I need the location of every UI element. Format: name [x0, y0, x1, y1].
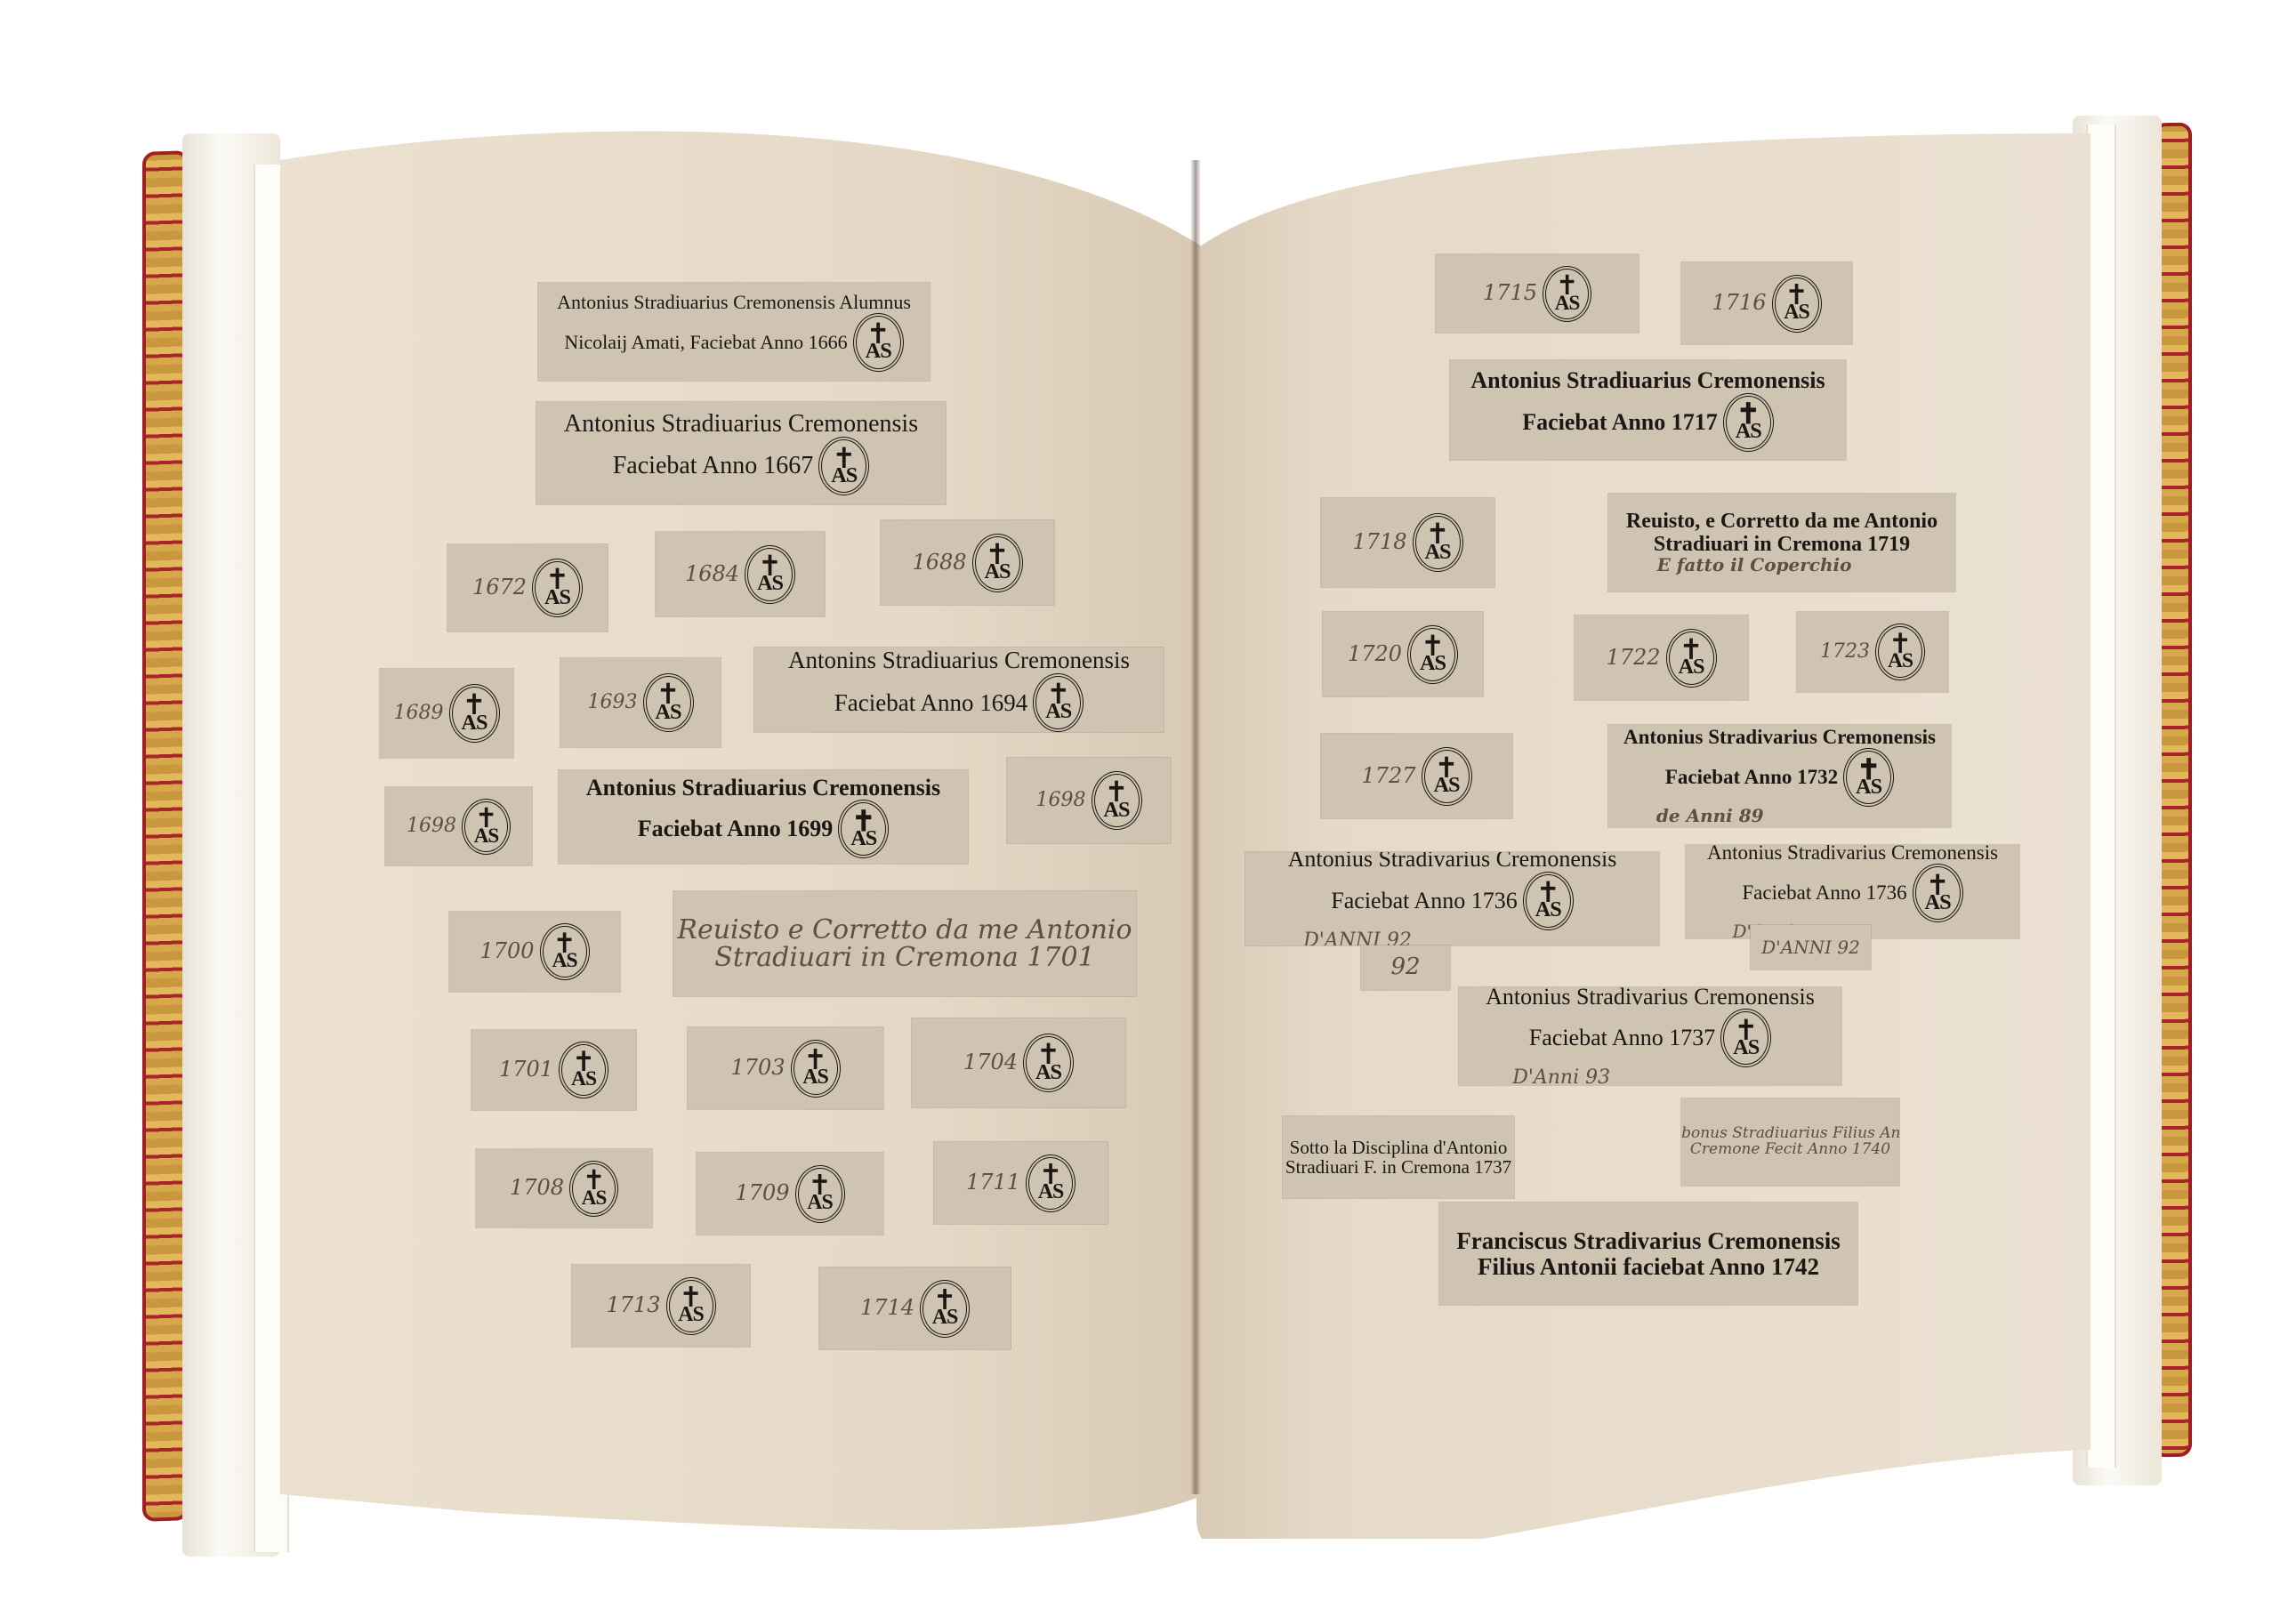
violin-label-l1701h: Reuisto e Corretto da me AntonioStradiua…	[673, 891, 1136, 996]
label-text-line: Faciebat Anno 1736	[1742, 882, 1906, 904]
stradivari-seal-icon	[972, 534, 1023, 592]
label-year: 1718	[1352, 531, 1406, 553]
violin-label-l1693: 1693	[560, 658, 721, 747]
violin-label-r1722: 1722	[1575, 615, 1748, 700]
stradivari-seal-icon	[462, 799, 511, 855]
violin-label-l1704: 1704	[912, 1018, 1125, 1107]
violin-label-r1740: Omobonus Stradiuarius Filius AntonijCrem…	[1681, 1098, 1899, 1186]
label-year: 1711	[966, 1171, 1020, 1194]
violin-label-l1711: 1711	[934, 1142, 1108, 1224]
stradivari-seal-icon	[1843, 748, 1894, 807]
stradivari-seal-icon	[643, 673, 694, 732]
stradivari-seal-icon	[1422, 747, 1472, 806]
label-year: 1727	[1361, 765, 1415, 787]
label-handwritten-note: D'Anni 93	[1512, 1067, 1610, 1085]
label-year: 1722	[1606, 647, 1660, 669]
stradivari-seal-icon	[1413, 513, 1463, 572]
label-year: 1716	[1712, 292, 1766, 314]
label-text-line: Antonius Stradivarius Cremonensis	[1486, 987, 1815, 1009]
stradivari-seal-icon	[791, 1040, 841, 1098]
stradivari-seal-icon	[1720, 1009, 1771, 1067]
label-text-line: Faciebat Anno 1667	[613, 453, 814, 479]
label-year: 1698	[407, 816, 456, 836]
stradivari-seal-icon	[818, 437, 869, 495]
label-text-line: Reuisto, e Corretto da me Antonio	[1626, 511, 1938, 533]
stradivari-seal-icon	[1666, 629, 1717, 688]
label-text-line: Sotto la Disciplina d'Antonio	[1290, 1138, 1508, 1157]
label-text-line: Antonius Stradiuarius Cremonensis Alumnu…	[557, 292, 911, 312]
book-gutter	[1190, 160, 1201, 1494]
violin-label-l1700: 1700	[449, 912, 620, 992]
stradivari-seal-icon	[838, 800, 889, 858]
label-year: 1708	[510, 1177, 564, 1199]
violin-label-r1736a_tab: 92	[1361, 945, 1450, 990]
violin-label-r1715: 1715	[1436, 254, 1639, 333]
violin-label-r1737s: Sotto la Disciplina d'AntonioStradiuari …	[1283, 1116, 1514, 1198]
label-text-line: D'ANNI 92	[1761, 938, 1860, 957]
violin-label-l1713: 1713	[572, 1265, 750, 1347]
label-text-line: Nicolaij Amati, Faciebat Anno 1666	[564, 332, 847, 352]
label-year: 1698	[1036, 790, 1086, 810]
stradivari-seal-icon	[449, 684, 500, 743]
label-text-line: Faciebat Anno 1717	[1522, 410, 1718, 434]
label-text-line: Antonius Stradiuarius Cremonensis	[586, 776, 940, 800]
label-handwritten-note: de Anni 89	[1656, 807, 1764, 825]
stradivari-seal-icon	[1092, 771, 1142, 830]
stradivari-seal-icon	[540, 923, 590, 980]
label-year: 1700	[479, 940, 534, 962]
label-text-line: Filius Antonii faciebat Anno 1742	[1478, 1254, 1819, 1279]
stradivari-seal-icon	[569, 1161, 618, 1217]
stradivari-seal-icon	[1407, 625, 1458, 684]
label-year: 1689	[394, 703, 444, 723]
violin-label-r1736a: Antonius Stradivarius CremonensisFacieba…	[1245, 852, 1659, 945]
label-year: 1709	[735, 1182, 789, 1204]
label-text-line: Faciebat Anno 1732	[1665, 767, 1838, 788]
stradivari-seal-icon	[1023, 1034, 1074, 1092]
violin-label-l1688: 1688	[881, 520, 1054, 605]
label-text-line: Reuisto e Corretto da me Antonio	[677, 916, 1132, 945]
label-year: 1701	[499, 1058, 553, 1081]
label-text-line: Faciebat Anno 1699	[638, 817, 834, 841]
label-text-line: Faciebat Anno 1694	[834, 690, 1027, 715]
stradivari-seal-icon	[920, 1280, 970, 1338]
label-handwritten-note: E fatto il Coperchio	[1657, 556, 1852, 575]
label-text-line: 92	[1390, 955, 1420, 979]
stradivari-seal-icon	[1523, 872, 1574, 930]
label-text-line: Stradiuari in Cremona 1719	[1654, 534, 1910, 556]
stradivari-seal-icon	[559, 1042, 608, 1098]
stradivari-seal-icon	[1875, 624, 1925, 680]
violin-label-r1716: 1716	[1681, 262, 1852, 344]
label-year: 1693	[588, 692, 638, 712]
label-text-line: Antonius Stradiuarius Cremonensis	[1470, 368, 1825, 392]
violin-label-r1736b_tab: D'ANNI 92	[1751, 925, 1871, 969]
violin-label-l1701: 1701	[471, 1030, 636, 1110]
label-year: 1704	[963, 1051, 1018, 1074]
violin-label-l1666: Antonius Stradiuarius Cremonensis Alumnu…	[538, 283, 930, 381]
label-text-line: Stradiuari in Cremona 1701	[714, 944, 1094, 972]
label-text-line: Franciscus Stradivarius Cremonensis	[1456, 1228, 1841, 1253]
violin-label-l1689: 1689	[380, 669, 513, 758]
label-text-line: Stradiuari F. in Cremona 1737	[1285, 1157, 1511, 1177]
stradivari-seal-icon	[1772, 275, 1822, 333]
open-book-photo: Antonius Stradiuarius Cremonensis Alumnu…	[0, 0, 2296, 1601]
label-text-line: Cremone Fecit Anno 1740	[1690, 1142, 1890, 1158]
stradivari-seal-icon	[532, 559, 583, 617]
label-year: 1715	[1483, 282, 1537, 304]
label-text-line: Antonius Stradivarius Cremonensis	[1623, 727, 1936, 748]
label-year: 1672	[472, 576, 527, 599]
stradivari-seal-icon	[853, 313, 904, 372]
stradivari-seal-icon	[795, 1165, 845, 1223]
stradivari-seal-icon	[1033, 673, 1084, 732]
label-year: 1684	[685, 563, 739, 585]
violin-label-l1698b: 1698	[1007, 758, 1171, 843]
stradivari-seal-icon	[666, 1277, 716, 1335]
violin-label-r1720: 1720	[1323, 612, 1483, 696]
label-year: 1713	[606, 1294, 660, 1316]
violin-label-l1667: Antonius Stradiuarius CremonensisFacieba…	[536, 402, 946, 504]
label-year: 1688	[912, 551, 966, 574]
label-text-line: Faciebat Anno 1736	[1331, 889, 1517, 913]
violin-label-l1672: 1672	[447, 544, 608, 632]
label-text-line: Antonius Stradiuarius Cremonensis	[564, 411, 918, 437]
label-year: 1714	[860, 1297, 914, 1319]
violin-label-r1727: 1727	[1321, 734, 1512, 818]
violin-label-r1723: 1723	[1797, 612, 1948, 692]
violin-label-l1694: Antonins Stradiuarius CremonensisFacieba…	[754, 648, 1164, 732]
violin-label-l1699: Antonius Stradiuarius CremonensisFacieba…	[559, 770, 968, 864]
violin-label-l1709: 1709	[697, 1153, 883, 1235]
violin-label-r1718: 1718	[1321, 498, 1494, 587]
label-text-line: Antonius Stradivarius Cremonensis	[1707, 845, 1998, 864]
violin-label-r1732: Antonius Stradivarius CremonensisFacieba…	[1608, 725, 1951, 827]
violin-label-l1684: 1684	[656, 532, 825, 616]
violin-label-l1703: 1703	[688, 1027, 883, 1109]
label-text-line: Faciebat Anno 1737	[1529, 1026, 1715, 1050]
violin-label-r1719: Reuisto, e Corretto da me AntonioStradiu…	[1608, 494, 1955, 591]
label-text-line: Antonius Stradivarius Cremonensis	[1288, 852, 1617, 872]
violin-label-l1714: 1714	[819, 1267, 1011, 1349]
violin-label-l1698: 1698	[385, 787, 532, 865]
right-flyleaf	[2086, 125, 2116, 1468]
label-handwritten-note: D'ANNI 92	[1303, 930, 1412, 945]
stradivari-seal-icon	[1026, 1154, 1075, 1212]
stradivari-seal-icon	[1723, 393, 1774, 452]
label-year: 1703	[730, 1057, 785, 1079]
label-text-line: Antonins Stradiuarius Cremonensis	[788, 648, 1130, 672]
label-year: 1723	[1820, 641, 1870, 662]
stradivari-seal-icon	[1913, 864, 1963, 922]
violin-label-r1717: Antonius Stradiuarius CremonensisFacieba…	[1450, 360, 1846, 460]
label-year: 1720	[1348, 643, 1402, 665]
violin-label-r1742: Franciscus Stradivarius CremonensisFiliu…	[1439, 1203, 1857, 1305]
violin-label-r1737: Antonius Stradivarius CremonensisFacieba…	[1459, 987, 1841, 1085]
stradivari-seal-icon	[745, 545, 795, 604]
stradivari-seal-icon	[1543, 266, 1591, 322]
violin-label-l1708: 1708	[476, 1149, 652, 1227]
